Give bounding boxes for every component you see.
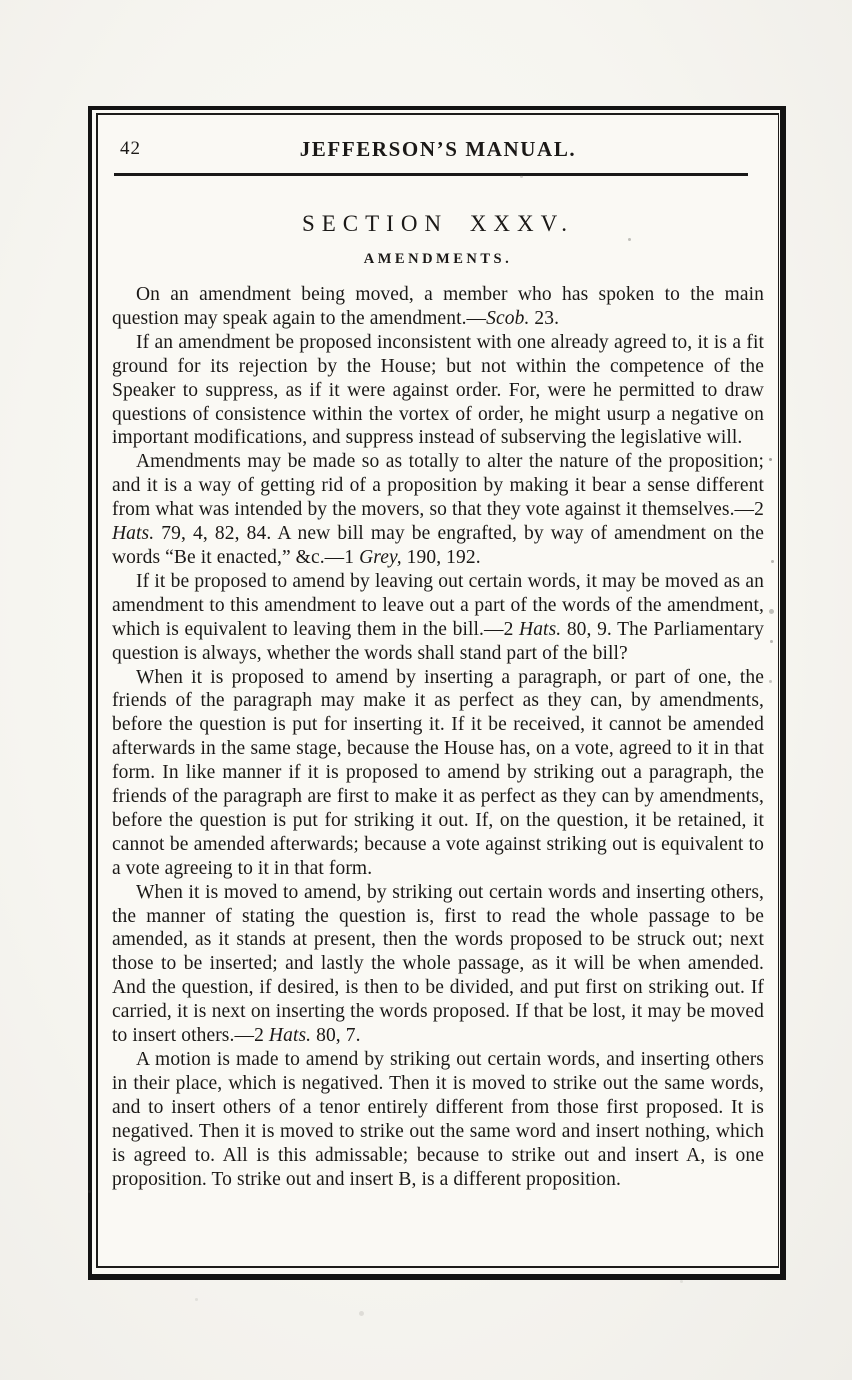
- paragraph-text: 190, 192.: [402, 547, 481, 568]
- scanned-book-page: 42 JEFFERSON’S MANUAL. SECTION XXXV. AME…: [0, 0, 852, 1380]
- page-border-inner-line: 42 JEFFERSON’S MANUAL. SECTION XXXV. AME…: [96, 113, 779, 1268]
- paragraph: When it is proposed to amend by insertin…: [112, 666, 764, 881]
- paragraph: If an amendment be proposed inconsistent…: [112, 331, 764, 451]
- paragraph-text: 80, 7.: [311, 1025, 360, 1046]
- paragraph-text: When it is moved to amend, by striking o…: [112, 882, 764, 1046]
- citation-italic: Scob.: [486, 308, 529, 329]
- paragraph: If it be proposed to amend by leaving ou…: [112, 570, 764, 666]
- paragraph: On an amendment being moved, a member wh…: [112, 283, 764, 331]
- section-subheading: AMENDMENTS.: [112, 251, 764, 268]
- paragraph-text: Amendments may be made so as totally to …: [112, 451, 764, 520]
- page-border-frame: 42 JEFFERSON’S MANUAL. SECTION XXXV. AME…: [88, 106, 786, 1280]
- citation-italic: Grey,: [359, 547, 402, 568]
- paragraph: A motion is made to amend by striking ou…: [112, 1048, 764, 1191]
- section-heading: SECTION XXXV.: [112, 211, 764, 237]
- paragraph-text: On an amendment being moved, a member wh…: [112, 284, 764, 329]
- citation-italic: Hats.: [269, 1025, 311, 1046]
- page-number: 42: [120, 138, 141, 160]
- running-title: JEFFERSON’S MANUAL.: [112, 135, 764, 162]
- body-paragraphs: On an amendment being moved, a member wh…: [112, 283, 764, 1191]
- header-rule: [114, 173, 748, 176]
- page-header: 42 JEFFERSON’S MANUAL.: [112, 135, 764, 165]
- paragraph: When it is moved to amend, by striking o…: [112, 881, 764, 1048]
- citation-italic: Hats.: [112, 523, 154, 544]
- paragraph-text: A motion is made to amend by striking ou…: [112, 1049, 764, 1190]
- paragraph-text: If an amendment be proposed inconsistent…: [112, 332, 764, 449]
- paragraph-text: 23.: [529, 308, 559, 329]
- paragraph: Amendments may be made so as totally to …: [112, 450, 764, 570]
- paragraph-text: When it is proposed to amend by insertin…: [112, 667, 764, 879]
- citation-italic: Hats.: [519, 619, 561, 640]
